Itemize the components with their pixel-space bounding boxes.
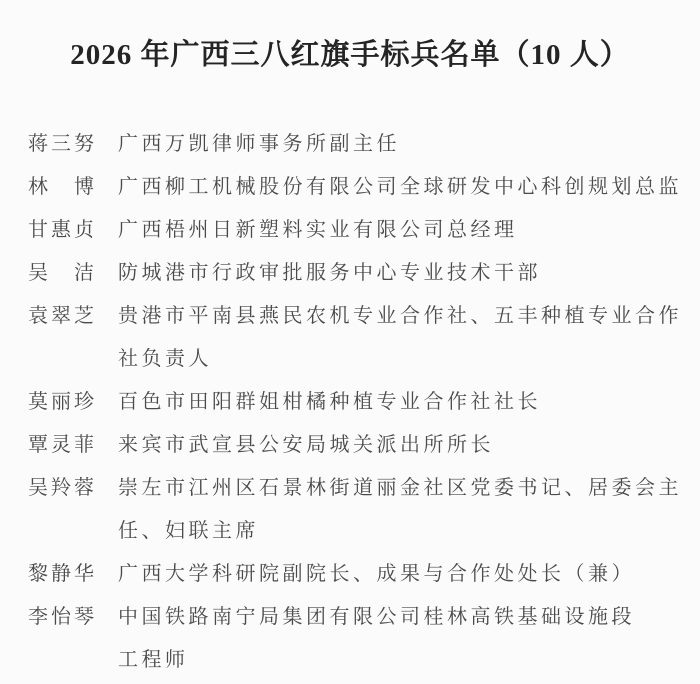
- entry-name: 甘惠贞: [28, 209, 94, 252]
- list-item: 莫丽珍 百色市田阳群姐柑橘种植专业合作社社长: [28, 381, 700, 424]
- entry-name-char: 怡: [51, 596, 71, 639]
- entry-description: 广西大学科研院副院长、成果与合作处处长（兼）: [118, 553, 700, 596]
- entry-description: 广西柳工机械股份有限公司全球研发中心科创规划总监: [118, 166, 700, 209]
- entry-name-char: 努: [74, 123, 94, 166]
- list-item: 黎静华 广西大学科研院副院长、成果与合作处处长（兼）: [28, 553, 700, 596]
- entry-name: 李怡琴: [28, 596, 94, 639]
- entry-name: 黎静华: [28, 553, 94, 596]
- entry-name-char: 覃: [28, 424, 48, 467]
- entry-name-char: 博: [74, 166, 94, 209]
- entry-description: 来宾市武宣县公安局城关派出所所长: [118, 424, 700, 467]
- list-item: 覃灵菲 来宾市武宣县公安局城关派出所所长: [28, 424, 700, 467]
- entry-name-char: 吴: [28, 467, 48, 510]
- list-item: 蒋三努 广西万凯律师事务所副主任: [28, 123, 700, 166]
- entry-name-char: 袁: [28, 295, 48, 338]
- entry-name-char: 灵: [51, 424, 71, 467]
- list-item: 甘惠贞 广西梧州日新塑料实业有限公司总经理: [28, 209, 700, 252]
- entry-name-char: 菲: [74, 424, 94, 467]
- entry-name-char: 林: [28, 166, 48, 209]
- entry-name-char: 翠: [51, 295, 71, 338]
- entry-name: 袁翠芝: [28, 295, 94, 338]
- list-item: 袁翠芝 贵港市平南县燕民农机专业合作社、五丰种植专业合作 社负责人: [28, 295, 700, 381]
- entry-description: 中国铁路南宁局集团有限公司桂林高铁基础设施段 工程师: [118, 596, 700, 682]
- entry-name-char: 芝: [74, 295, 94, 338]
- entry-name-char: 莫: [28, 381, 48, 424]
- entry-name-char: 琴: [74, 596, 94, 639]
- entry-name-char: 珍: [74, 381, 94, 424]
- entry-name-char: 蓉: [74, 467, 94, 510]
- entry-name: 莫丽珍: [28, 381, 94, 424]
- entry-name: 林博: [28, 166, 94, 209]
- entry-name: 吴洁: [28, 252, 94, 295]
- entry-name-char: 惠: [51, 209, 71, 252]
- list-item: 林博 广西柳工机械股份有限公司全球研发中心科创规划总监: [28, 166, 700, 209]
- entry-name-char: 三: [51, 123, 71, 166]
- entry-name-char: 李: [28, 596, 48, 639]
- entry-name-char: 华: [74, 553, 94, 596]
- page-title: 2026 年广西三八红旗手标兵名单（10 人）: [0, 34, 700, 76]
- entry-name-char: 黎: [28, 553, 48, 596]
- entry-name-char: 洁: [74, 252, 94, 295]
- entry-description: 广西万凯律师事务所副主任: [118, 123, 700, 166]
- entry-description: 贵港市平南县燕民农机专业合作社、五丰种植专业合作 社负责人: [118, 295, 700, 381]
- entry-name-char: 吴: [28, 252, 48, 295]
- entry-name-char: 贞: [74, 209, 94, 252]
- entry-name: 覃灵菲: [28, 424, 94, 467]
- entry-description: 崇左市江州区石景林街道丽金社区党委书记、居委会主 任、妇联主席: [118, 467, 700, 553]
- list-item: 李怡琴 中国铁路南宁局集团有限公司桂林高铁基础设施段 工程师: [28, 596, 700, 682]
- entry-name-char: 蒋: [28, 123, 48, 166]
- entry-description: 防城港市行政审批服务中心专业技术干部: [118, 252, 700, 295]
- entry-description: 百色市田阳群姐柑橘种植专业合作社社长: [118, 381, 700, 424]
- honor-list: 蒋三努 广西万凯律师事务所副主任 林博 广西柳工机械股份有限公司全球研发中心科创…: [0, 123, 700, 682]
- entry-name: 吴羚蓉: [28, 467, 94, 510]
- entry-name: 蒋三努: [28, 123, 94, 166]
- entry-name-char: 羚: [51, 467, 71, 510]
- list-item: 吴羚蓉 崇左市江州区石景林街道丽金社区党委书记、居委会主 任、妇联主席: [28, 467, 700, 553]
- entry-name-char: 静: [51, 553, 71, 596]
- entry-description: 广西梧州日新塑料实业有限公司总经理: [118, 209, 700, 252]
- document-page: 2026 年广西三八红旗手标兵名单（10 人） 蒋三努 广西万凯律师事务所副主任…: [0, 0, 700, 684]
- entry-name-char: 丽: [51, 381, 71, 424]
- list-item: 吴洁 防城港市行政审批服务中心专业技术干部: [28, 252, 700, 295]
- entry-name-char: 甘: [28, 209, 48, 252]
